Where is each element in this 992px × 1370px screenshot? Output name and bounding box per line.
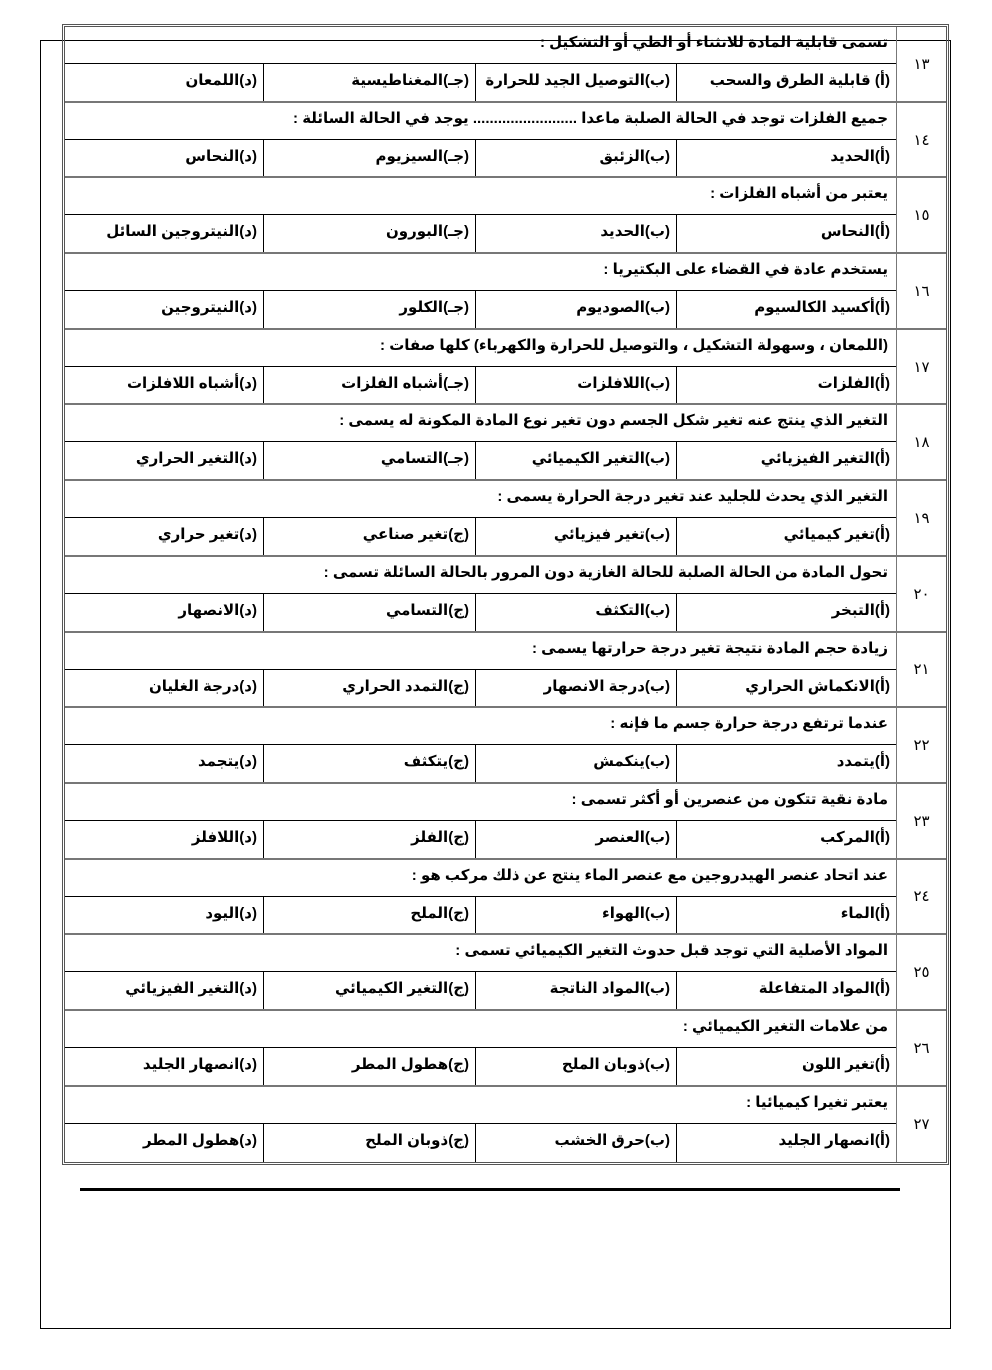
question-body: يستخدم عادة في القضاء على البكتيريا : (أ… <box>65 254 896 328</box>
question-number: ١٣ <box>896 27 946 101</box>
option-d[interactable]: (د)النحاس <box>65 140 263 177</box>
question-stem: يستخدم عادة في القضاء على البكتيريا : <box>65 254 896 291</box>
options-row: (أ)الفلزات (ب)اللافلزات (جـ)أشباه الفلزا… <box>65 367 896 404</box>
question-stem: من علامات التغير الكيميائي : <box>65 1011 896 1048</box>
option-d[interactable]: (د)اليود <box>65 897 263 934</box>
option-c[interactable]: (ج)يتكثف <box>263 745 475 782</box>
option-d[interactable]: (د)التغير الحراري <box>65 442 263 479</box>
option-d[interactable]: (د)اللمعان <box>65 64 263 101</box>
option-c[interactable]: (ج)تغير صناعي <box>263 518 475 555</box>
options-row: (أ)المركب (ب)العنصر (ج)الفلز (د)اللافلز <box>65 821 896 858</box>
question-stem: عند اتحاد عنصر الهيدروجين مع عنصر الماء … <box>65 860 896 897</box>
option-c[interactable]: (ج)التمدد الحراري <box>263 670 475 707</box>
question-row: ٢١ زيادة حجم المادة نتيجة تغير درجة حرار… <box>65 633 946 709</box>
option-c[interactable]: (ج)ذوبان الملح <box>263 1124 475 1163</box>
question-number: ٢١ <box>896 633 946 707</box>
options-row: (أ) قابلية الطرق والسحب (ب)التوصيل الجيد… <box>65 64 896 101</box>
option-c[interactable]: (جـ)المغناطيسية <box>263 64 475 101</box>
question-body: مادة نقية تتكون من عنصرين أو أكثر تسمى :… <box>65 784 896 858</box>
question-row: ١٨ التغير الذي ينتج عنه تغير شكل الجسم د… <box>65 405 946 481</box>
option-b[interactable]: (ب)اللافلزات <box>475 367 676 404</box>
options-row: (أ)الحديد (ب)الزئبق (جـ)السيزيوم (د)النح… <box>65 140 896 177</box>
options-row: (أ)المواد المتفاعلة (ب)المواد الناتجة (ج… <box>65 972 896 1009</box>
question-number: ١٦ <box>896 254 946 328</box>
option-d[interactable]: (د)اللافلز <box>65 821 263 858</box>
question-body: تسمى قابلية المادة للانثناء أو الطي أو ا… <box>65 27 896 101</box>
option-d[interactable]: (د)التغير الفيزيائي <box>65 972 263 1009</box>
question-row: ١٩ التغير الذي يحدث للجليد عند تغير درجة… <box>65 481 946 557</box>
option-b[interactable]: (ب)ينكمش <box>475 745 676 782</box>
question-number: ٢٥ <box>896 935 946 1009</box>
option-c[interactable]: (جـ)البورون <box>263 215 475 252</box>
option-a[interactable]: (أ)التغير الفيزيائي <box>676 442 896 479</box>
option-d[interactable]: (د)يتجمد <box>65 745 263 782</box>
option-a[interactable]: (أ)الانكماش الحراري <box>676 670 896 707</box>
question-number: ١٤ <box>896 103 946 177</box>
question-stem: مادة نقية تتكون من عنصرين أو أكثر تسمى : <box>65 784 896 821</box>
options-row: (أ)أكسيد الكالسيوم (ب)الصوديوم (جـ)الكلو… <box>65 291 896 328</box>
options-row: (أ)تغير كيميائي (ب)تغير فيزيائي (ج)تغير … <box>65 518 896 555</box>
question-row: ٢٥ المواد الأصلية التي توجد قبل حدوث الت… <box>65 935 946 1011</box>
option-a[interactable]: (أ)الماء <box>676 897 896 934</box>
options-row: (أ)الماء (ب)الهواء (ج)الملح (د)اليود <box>65 897 896 934</box>
option-b[interactable]: (ب)المواد الناتجة <box>475 972 676 1009</box>
option-a[interactable]: (أ)أكسيد الكالسيوم <box>676 291 896 328</box>
question-stem: يعتبر تغيرا كيميائيا : <box>65 1087 896 1124</box>
options-row: (أ)التغير الفيزيائي (ب)التغير الكيميائي … <box>65 442 896 479</box>
question-stem: التغير الذي يحدث للجليد عند تغير درجة ال… <box>65 481 896 518</box>
option-c[interactable]: (ج)هطول المطر <box>263 1048 475 1085</box>
question-stem: تسمى قابلية المادة للانثناء أو الطي أو ا… <box>65 27 896 64</box>
option-a[interactable]: (أ) قابلية الطرق والسحب <box>676 64 896 101</box>
option-b[interactable]: (ب)تغير فيزيائي <box>475 518 676 555</box>
options-row: (أ)الانكماش الحراري (ب)درجة الانصهار (ج)… <box>65 670 896 707</box>
option-c[interactable]: (ج)الفلز <box>263 821 475 858</box>
question-number: ٢٢ <box>896 708 946 782</box>
question-number: ٢٦ <box>896 1011 946 1085</box>
question-stem: تحول المادة من الحالة الصلبة للحالة الغا… <box>65 557 896 594</box>
question-row: ١٣ تسمى قابلية المادة للانثناء أو الطي أ… <box>65 27 946 103</box>
option-a[interactable]: (أ)المواد المتفاعلة <box>676 972 896 1009</box>
question-row: ٢٢ عندما ترتفع درجة حرارة جسم ما فإنه : … <box>65 708 946 784</box>
question-stem: المواد الأصلية التي توجد قبل حدوث التغير… <box>65 935 896 972</box>
question-number: ٢٧ <box>896 1087 946 1163</box>
question-stem: التغير الذي ينتج عنه تغير شكل الجسم دون … <box>65 405 896 442</box>
option-a[interactable]: (أ)الفلزات <box>676 367 896 404</box>
question-stem: زيادة حجم المادة نتيجة تغير درجة حرارتها… <box>65 633 896 670</box>
options-row: (أ)التبخر (ب)التكثف (ج)التسامي (د)الانصه… <box>65 594 896 631</box>
option-a[interactable]: (أ)انصهار الجليد <box>676 1124 896 1163</box>
question-number: ١٥ <box>896 178 946 252</box>
option-c[interactable]: (ج)التسامي <box>263 594 475 631</box>
question-stem: عندما ترتفع درجة حرارة جسم ما فإنه : <box>65 708 896 745</box>
option-b[interactable]: (ب)التوصيل الجيد للحرارة <box>475 64 676 101</box>
question-stem: جميع الفلزات توجد في الحالة الصلبة ماعدا… <box>65 103 896 140</box>
question-row: ٢٤ عند اتحاد عنصر الهيدروجين مع عنصر الم… <box>65 860 946 936</box>
option-d[interactable]: (د)أشباه اللافلزات <box>65 367 263 404</box>
option-c[interactable]: (جـ)التسامي <box>263 442 475 479</box>
question-body: تحول المادة من الحالة الصلبة للحالة الغا… <box>65 557 896 631</box>
question-body: التغير الذي يحدث للجليد عند تغير درجة ال… <box>65 481 896 555</box>
question-number: ١٩ <box>896 481 946 555</box>
question-number: ٢٣ <box>896 784 946 858</box>
option-b[interactable]: (ب)الزئبق <box>475 140 676 177</box>
option-b[interactable]: (ب)الحديد <box>475 215 676 252</box>
option-d[interactable]: (د)تغير حراري <box>65 518 263 555</box>
option-c[interactable]: (جـ)أشباه الفلزات <box>263 367 475 404</box>
option-c[interactable]: (جـ)الكلور <box>263 291 475 328</box>
question-body: زيادة حجم المادة نتيجة تغير درجة حرارتها… <box>65 633 896 707</box>
question-stem: يعتبر من أشباه الفلزات : <box>65 178 896 215</box>
option-d[interactable]: (د)هطول المطر <box>65 1124 263 1163</box>
question-body: عند اتحاد عنصر الهيدروجين مع عنصر الماء … <box>65 860 896 934</box>
option-b[interactable]: (ب)درجة الانصهار <box>475 670 676 707</box>
option-a[interactable]: (أ)النحاس <box>676 215 896 252</box>
option-c[interactable]: (ج)الملح <box>263 897 475 934</box>
horizontal-rule <box>80 1188 900 1191</box>
option-a[interactable]: (أ)تغير اللون <box>676 1048 896 1085</box>
option-b[interactable]: (ب)الهواء <box>475 897 676 934</box>
option-a[interactable]: (أ)تغير كيميائي <box>676 518 896 555</box>
option-d[interactable]: (د)انصهار الجليد <box>65 1048 263 1085</box>
option-c[interactable]: (ج)التغير الكيميائي <box>263 972 475 1009</box>
question-row: ٢٦ من علامات التغير الكيميائي : (أ)تغير … <box>65 1011 946 1087</box>
question-row: ١٤ جميع الفلزات توجد في الحالة الصلبة ما… <box>65 103 946 179</box>
option-b[interactable]: (ب)العنصر <box>475 821 676 858</box>
option-d[interactable]: (د)الانصهار <box>65 594 263 631</box>
option-b[interactable]: (ب)التغير الكيميائي <box>475 442 676 479</box>
question-body: عندما ترتفع درجة حرارة جسم ما فإنه : (أ)… <box>65 708 896 782</box>
option-b[interactable]: (ب)حرق الخشب <box>475 1124 676 1163</box>
mcq-table: ١٣ تسمى قابلية المادة للانثناء أو الطي أ… <box>62 24 949 1165</box>
question-body: التغير الذي ينتج عنه تغير شكل الجسم دون … <box>65 405 896 479</box>
question-body: يعتبر تغيرا كيميائيا : (أ)انصهار الجليد … <box>65 1087 896 1163</box>
option-d[interactable]: (د)درجة الغليان <box>65 670 263 707</box>
question-body: (اللمعان ، وسهولة التشكيل ، والتوصيل للح… <box>65 330 896 404</box>
question-row: ١٦ يستخدم عادة في القضاء على البكتيريا :… <box>65 254 946 330</box>
question-number: ٢٠ <box>896 557 946 631</box>
option-b[interactable]: (ب)التكثف <box>475 594 676 631</box>
question-body: جميع الفلزات توجد في الحالة الصلبة ماعدا… <box>65 103 896 177</box>
question-body: يعتبر من أشباه الفلزات : (أ)النحاس (ب)ال… <box>65 178 896 252</box>
option-a[interactable]: (أ)المركب <box>676 821 896 858</box>
option-a[interactable]: (أ)الحديد <box>676 140 896 177</box>
question-row: ١٥ يعتبر من أشباه الفلزات : (أ)النحاس (ب… <box>65 178 946 254</box>
question-row: ٢٧ يعتبر تغيرا كيميائيا : (أ)انصهار الجل… <box>65 1087 946 1163</box>
options-row: (أ)انصهار الجليد (ب)حرق الخشب (ج)ذوبان ا… <box>65 1124 896 1163</box>
option-c[interactable]: (جـ)السيزيوم <box>263 140 475 177</box>
options-row: (أ)يتمدد (ب)ينكمش (ج)يتكثف (د)يتجمد <box>65 745 896 782</box>
question-body: من علامات التغير الكيميائي : (أ)تغير الل… <box>65 1011 896 1085</box>
question-row: ٢٣ مادة نقية تتكون من عنصرين أو أكثر تسم… <box>65 784 946 860</box>
option-b[interactable]: (ب)الصوديوم <box>475 291 676 328</box>
question-stem: (اللمعان ، وسهولة التشكيل ، والتوصيل للح… <box>65 330 896 367</box>
option-d[interactable]: (د)النيتروجين السائل <box>65 215 263 252</box>
options-row: (أ)النحاس (ب)الحديد (جـ)البورون (د)النيت… <box>65 215 896 252</box>
option-a[interactable]: (أ)يتمدد <box>676 745 896 782</box>
question-row: ١٧ (اللمعان ، وسهولة التشكيل ، والتوصيل … <box>65 330 946 406</box>
question-number: ٢٤ <box>896 860 946 934</box>
question-row: ٢٠ تحول المادة من الحالة الصلبة للحالة ا… <box>65 557 946 633</box>
option-b[interactable]: (ب)ذوبان الملح <box>475 1048 676 1085</box>
question-number: ١٨ <box>896 405 946 479</box>
option-a[interactable]: (أ)التبخر <box>676 594 896 631</box>
options-row: (أ)تغير اللون (ب)ذوبان الملح (ج)هطول الم… <box>65 1048 896 1085</box>
question-number: ١٧ <box>896 330 946 404</box>
option-d[interactable]: (د)النيتروجين <box>65 291 263 328</box>
question-body: المواد الأصلية التي توجد قبل حدوث التغير… <box>65 935 896 1009</box>
